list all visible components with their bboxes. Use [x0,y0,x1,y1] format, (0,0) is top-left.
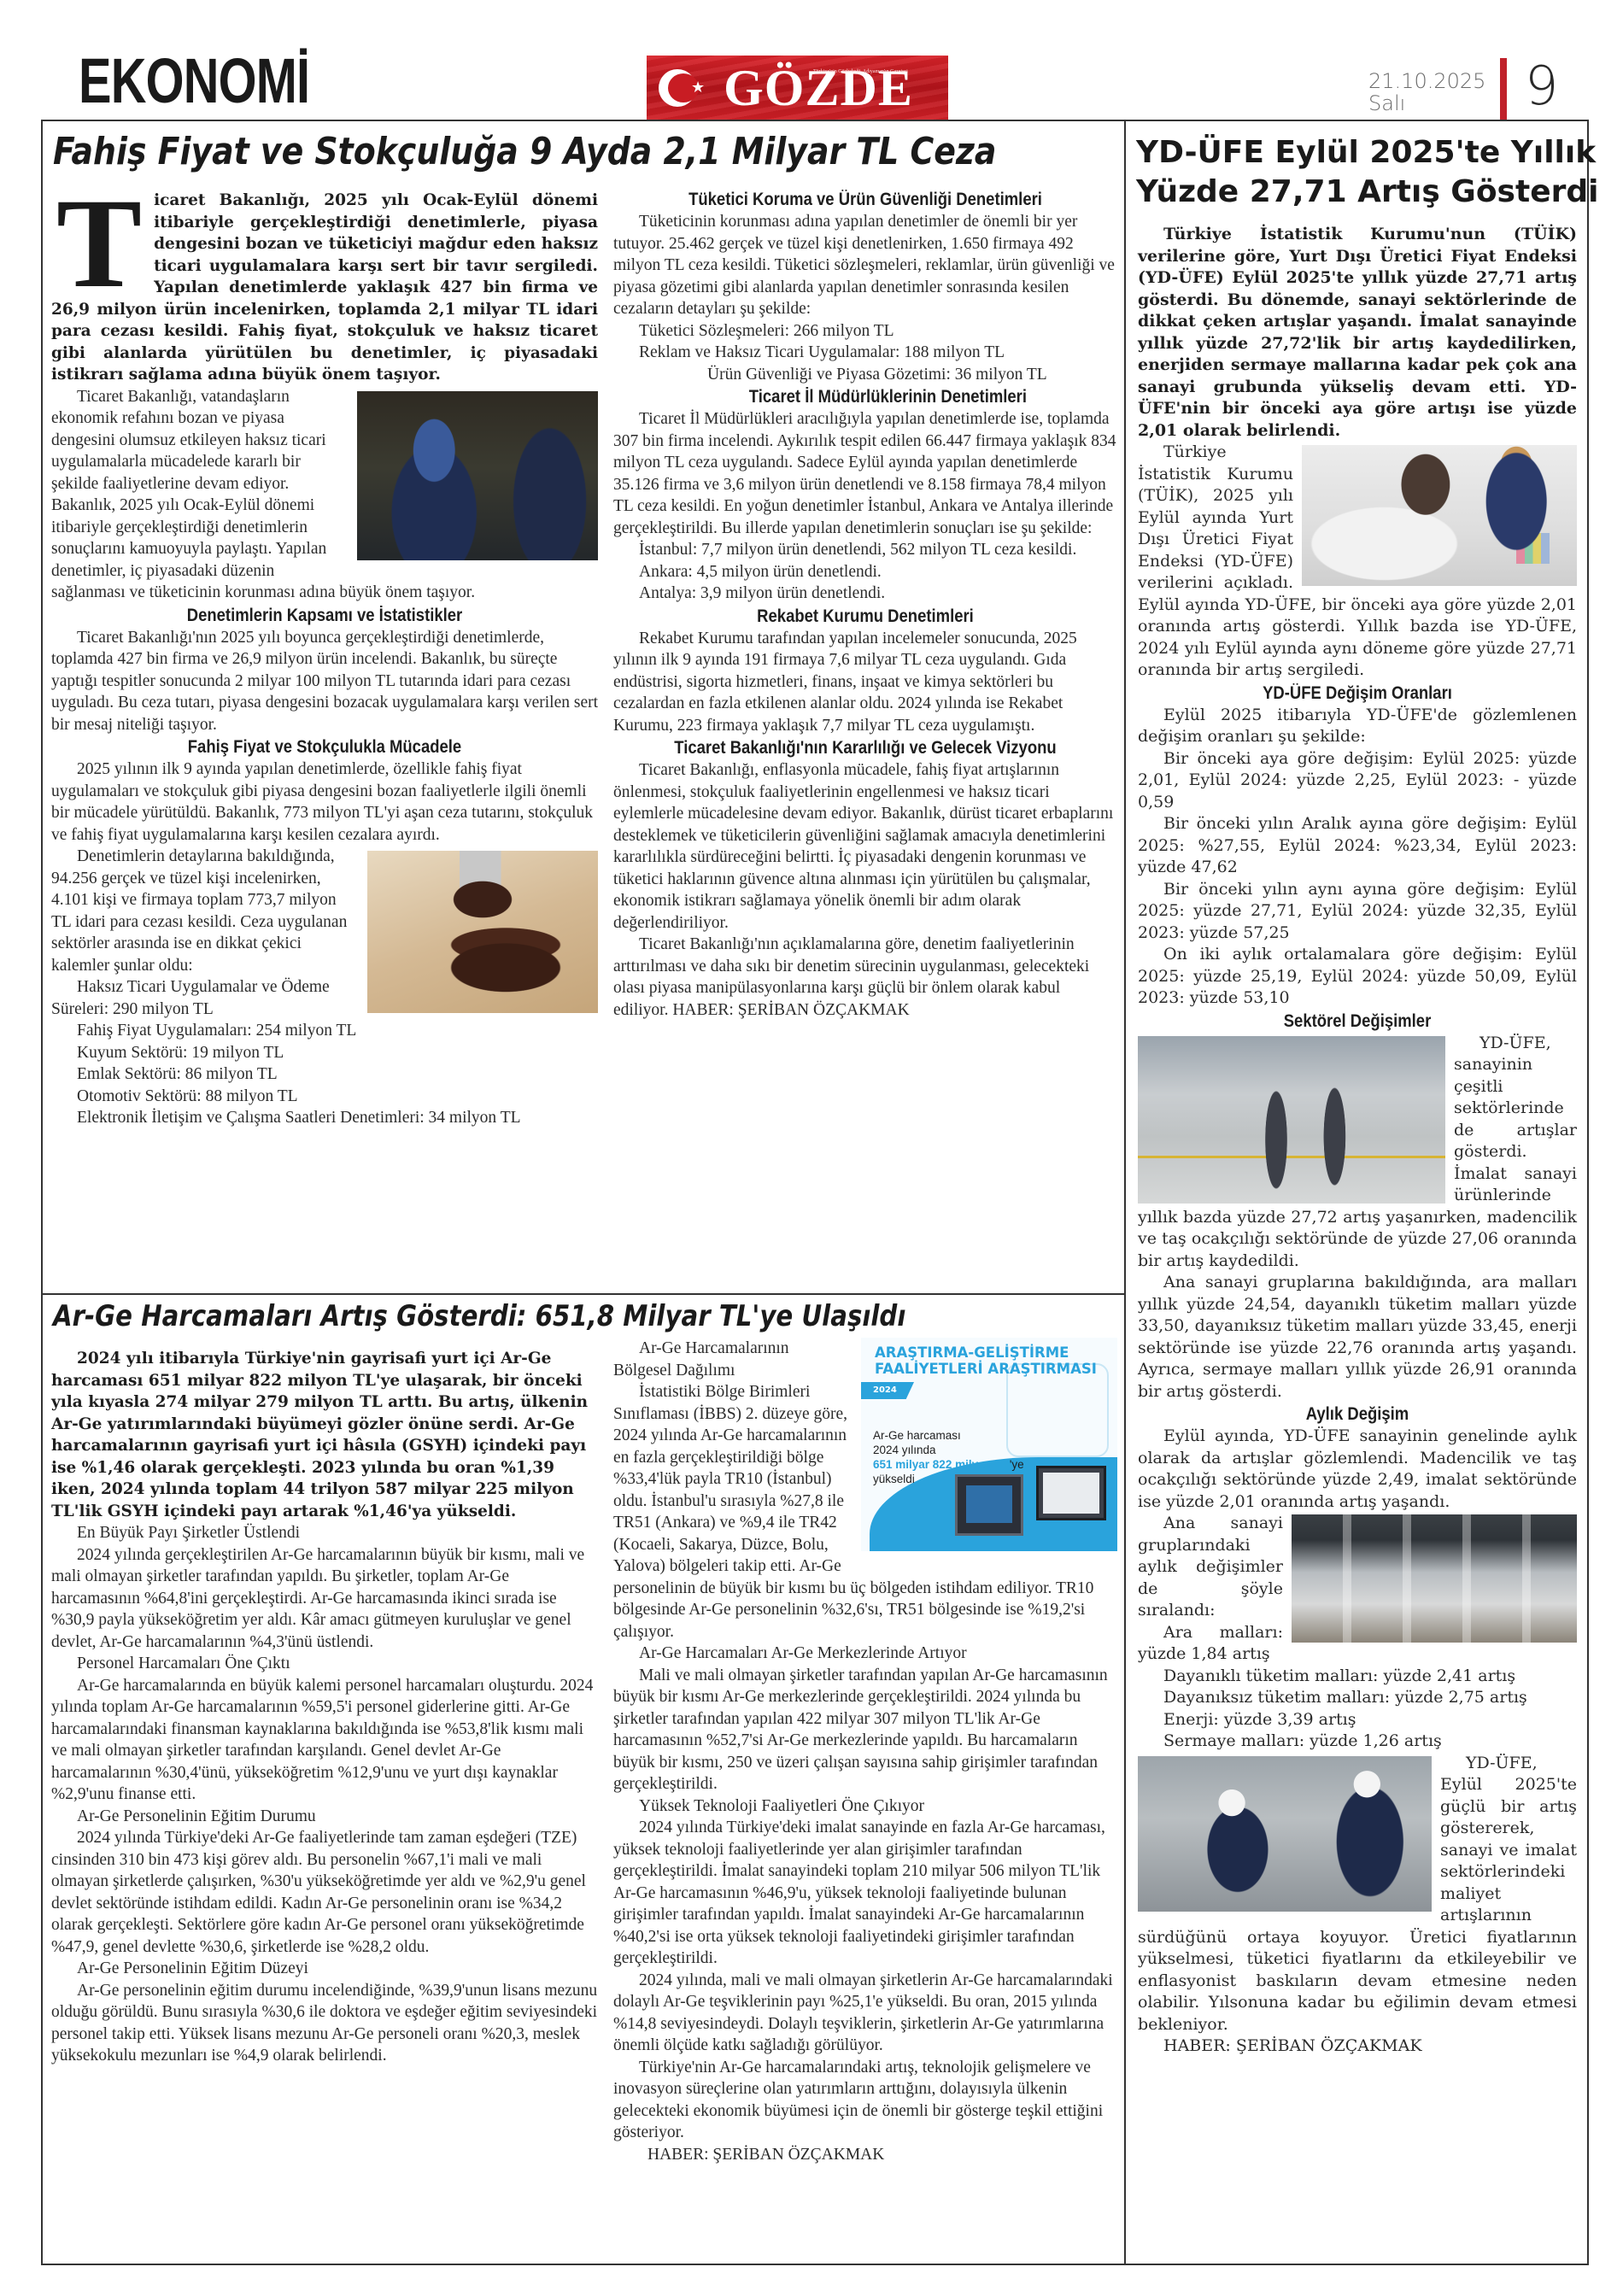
article2-headline-line1: YD-ÜFE Eylül 2025'te Yıllık [1136,133,1577,173]
frame-right [1587,120,1589,2265]
infographic-suffix: 'ye [1010,1458,1024,1471]
page-number: 9 [1525,60,1558,113]
factory-handshake-photo [1138,1036,1445,1204]
article1-p5: Tüketicinin korunması adına yapılan dene… [613,211,1117,320]
article3-sub2: Personel Harcamaları Öne Çıktı [51,1653,598,1675]
article1-col-right: Tüketici Koruma ve Ürün Güvenliği Deneti… [613,188,1117,1021]
article2-headline-line2: Yüzde 27,71 Artış Gösterdi [1136,173,1577,212]
article1-p9: Ticaret Bakanlığı'nın açıklamalarına gör… [613,934,1117,1021]
article2-p4: Ana sanayi gruplarına bakıldığında, ara … [1138,1272,1577,1403]
date: 21.10.2025 [1368,70,1485,92]
article3-p8: 2024 yılında, mali ve mali olmayan şirke… [613,1970,1117,2057]
article1-p8: Ticaret Bakanlığı, enflasyonla mücadele,… [613,759,1117,934]
consumer-fine-item: Reklam ve Haksız Ticari Uygulamalar: 188… [613,342,1117,364]
monthly-item: Sermaye malları: yüzde 1,26 artış [1138,1731,1577,1753]
rate-item: Bir önceki yılın aynı ayına göre değişim… [1138,879,1577,945]
article2-headline: YD-ÜFE Eylül 2025'te Yıllık Yüzde 27,71 … [1136,133,1577,212]
section-title: EKONOMİ [79,50,309,113]
subhead-aylik: Aylık Değişim [1164,1403,1550,1426]
masthead: EKONOMİ ★ GÖZDE Türkiye'nin Gözbebeği, A… [0,0,1623,120]
article3-sub6: Ar-Ge Harcamaları Ar-Ge Merkezlerinde Ar… [613,1643,1117,1665]
article3-p4: Ar-Ge personelinin eğitim durumu incelen… [51,1980,598,2067]
article1-p3: 2025 yılının ilk 9 ayında yapılan deneti… [51,758,598,846]
article3-byline: HABER: ŞERİBAN ÖZÇAKMAK [613,2144,1117,2166]
infographic-line: Ar-Ge harcaması [873,1428,1024,1443]
subhead-rekabet: Rekabet Kurumu Denetimleri [643,605,1087,628]
article2-byline: HABER: ŞERİBAN ÖZÇAKMAK [1138,2035,1577,2058]
monthly-item: Enerji: yüzde 3,39 artış [1138,1709,1577,1731]
article3-p6: Mali ve mali olmayan şirketler tarafında… [613,1665,1117,1795]
monthly-item: Dayanıksız tüketim malları: yüzde 2,75 a… [1138,1687,1577,1709]
article1-headline: Fahiş Fiyat ve Stokçuluğa 9 Ayda 2,1 Mil… [53,133,996,171]
infographic-highlight: 651 milyar 822 milyon TL [873,1458,1010,1471]
article3-col-right: ARAŞTIRMA-GELİŞTİRME FAALİYETLERİ ARAŞTI… [613,1338,1117,2165]
article-divider [41,1293,1124,1295]
article2-p2: Eylül 2025 itibarıyla YD-ÜFE'de gözlemle… [1138,705,1577,748]
consumer-fine-item: Ürün Güvenliği ve Piyasa Gözetimi: 36 mi… [613,364,1117,386]
subhead-vizyon: Ticaret Bakanlığı'nın Kararlılığı ve Gel… [643,736,1087,759]
factory-floor-photo [1292,1514,1577,1643]
star-icon: ★ [691,79,705,97]
frame-bottom [41,2264,1589,2265]
article3-sub1: En Büyük Payı Şirketler Üstlendi [51,1522,598,1544]
article3-col-left: 2024 yılı itibarıyla Türkiye'nin gayrisa… [51,1348,598,2067]
article3-sub4: Ar-Ge Personelinin Eğitim Düzeyi [51,1958,598,1980]
article3-sub7: Yüksek Teknoloji Faaliyetleri Öne Çıkıyo… [613,1795,1117,1818]
subhead-kapsam: Denetimlerin Kapsamı ve İstatistikler [84,604,565,627]
subhead-il-mudurlukleri: Ticaret İl Müdürlüklerinin Denetimleri [643,385,1087,408]
article3-headline: Ar-Ge Harcamaları Artış Gösterdi: 651,8 … [53,1302,905,1331]
article1-p2: Ticaret Bakanlığı'nın 2025 yılı boyunca … [51,627,598,736]
infographic-title-line2: FAALİYETLERİ ARAŞTIRMASI [875,1361,1097,1377]
infographic-title-line1: ARAŞTIRMA-GELİŞTİRME [875,1344,1097,1361]
rate-item: On iki aylık ortalamalara göre değişim: … [1138,944,1577,1010]
article3-p1: 2024 yılında gerçekleştirilen Ar-Ge harc… [51,1544,598,1654]
dropcap: T [56,193,142,294]
city-result-item: Antalya: 3,9 milyon ürün denetlendi. [613,583,1117,605]
monitor-icon [1036,1466,1106,1520]
rd-infographic: ARAŞTIRMA-GELİŞTİRME FAALİYETLERİ ARAŞTI… [861,1338,1117,1551]
article1-p7: Rekabet Kurumu tarafından yapılan incele… [613,628,1117,737]
article3-p2: Ar-Ge harcamalarında en büyük kalemi per… [51,1675,598,1806]
sector-fine-item: Elektronik İletişim ve Çalışma Saatleri … [51,1107,598,1129]
consumer-fine-item: Tüketici Sözleşmeleri: 266 milyon TL [613,320,1117,343]
logo-tagline: Türkiye'nin Gözbebeği, Adıyaman'ın Gazet… [813,69,908,74]
monthly-item: Dayanıklı tüketim malları: yüzde 2,41 ar… [1138,1666,1577,1688]
subhead-tuketici: Tüketici Koruma ve Ürün Güvenliği Deneti… [643,188,1087,211]
infographic-line: 2024 yılında [873,1443,1024,1457]
article2-lead: Türkiye İstatistik Kurumu'nun (TÜİK) ver… [1138,224,1577,442]
article2-p5: Eylül ayında, YD-ÜFE sanayinin genelinde… [1138,1426,1577,1513]
weekday: Salı [1368,92,1485,114]
infographic-title: ARAŞTIRMA-GELİŞTİRME FAALİYETLERİ ARAŞTI… [875,1344,1097,1377]
article1-col-left: T icaret Bakanlığı, 2025 yılı Ocak-Eylül… [51,190,598,1129]
infographic-year-badge: 2024 [861,1382,914,1399]
article1-p6: Ticaret İl Müdürlükleri aracılığıyla yap… [613,408,1117,539]
inspectors-photo [357,391,598,560]
rate-item: Bir önceki yılın Aralık ayına göre değiş… [1138,813,1577,879]
city-result-item: Ankara: 4,5 milyon ürün denetlendi. [613,561,1117,583]
newspaper-logo[interactable]: ★ GÖZDE Türkiye'nin Gözbebeği, Adıyaman'… [647,56,948,120]
article3-p3: 2024 yılında Türkiye'deki Ar-Ge faaliyet… [51,1827,598,1958]
article2-body: Türkiye İstatistik Kurumu'nun (TÜİK) ver… [1138,224,1577,2058]
page-accent-bar [1500,58,1507,120]
frame-top [41,120,1589,121]
sewing-photo [1302,445,1577,586]
sector-fine-item: Fahiş Fiyat Uygulamaları: 254 milyon TL [51,1020,598,1042]
sector-fine-item: Emlak Sektörü: 86 milyon TL [51,1063,598,1086]
gavel-photo [367,851,598,1013]
city-result-item: İstanbul: 7,7 milyon ürün denetlendi, 56… [613,539,1117,561]
column-divider [1124,120,1126,2265]
issue-date: 21.10.2025 Salı [1368,70,1485,114]
frame-left [41,120,43,2265]
subhead-degisim-oranlari: YD-ÜFE Değişim Oranları [1164,682,1550,705]
sector-fine-item: Otomotiv Sektörü: 88 milyon TL [51,1086,598,1108]
workers-photo [1138,1756,1432,1912]
article3-p9: Türkiye'nin Ar-Ge harcamalarındaki artış… [613,2057,1117,2144]
sector-fine-item: Kuyum Sektörü: 19 milyon TL [51,1042,598,1064]
article3-sub3: Ar-Ge Personelinin Eğitim Durumu [51,1806,598,1828]
subhead-sektorel: Sektörel Değişimler [1164,1010,1550,1033]
article3-lead: 2024 yılı itibarıyla Türkiye'nin gayrisa… [51,1348,598,1522]
rate-item: Bir önceki aya göre değişim: Eylül 2025:… [1138,748,1577,814]
3d-printer-icon [955,1474,1023,1536]
article3-p7: 2024 yılında Türkiye'deki imalat sanayin… [613,1817,1117,1970]
subhead-fahis: Fahiş Fiyat ve Stokçulukla Mücadele [84,735,565,758]
